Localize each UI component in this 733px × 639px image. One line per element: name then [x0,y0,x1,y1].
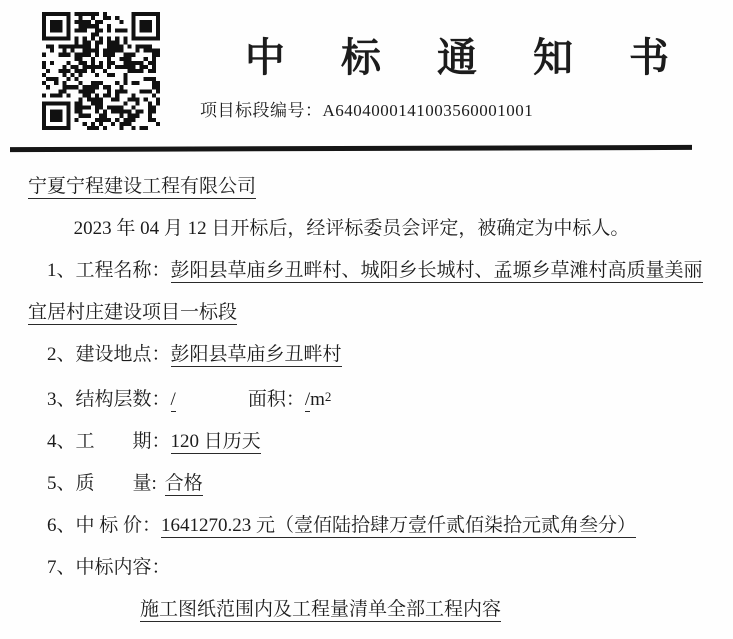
item-structure: 3、结构层数：/面积：/m2 [28,376,703,421]
item-label: 结构层数： [76,389,171,410]
item-label: 中 标 价： [76,515,162,536]
document-header: 中 标 通 知 书 项目标段编号：A6404000141003560001001 [0,0,733,130]
document-page: 中 标 通 知 书 项目标段编号：A6404000141003560001001… [0,0,733,639]
qr-code-icon [40,12,162,130]
unit-m: m [310,389,325,410]
header-divider [10,145,692,152]
item-duration: 4、工 期：120 日历天 [28,421,703,463]
document-title: 中 标 通 知 书 [245,34,693,82]
item-value: 彭阳县草庙乡丑畔村 [171,344,342,367]
item-label-area: 面积： [248,389,305,410]
recipient-company: 宁夏宁程建设工程有限公司 [28,176,256,199]
project-number-line: 项目标段编号：A6404000141003560001001 [200,96,693,121]
item-quality: 5、质 量:合格 [28,463,703,505]
item-project-name: 1、工程名称：彭阳县草庙乡丑畔村、城阳乡长城村、孟塬乡草滩村高质量美丽宜居村庄建… [28,250,703,334]
bid-content-text: 施工图纸范围内及工程量清单全部工程内容 [140,599,501,622]
intro-line: 2023 年 04 月 12 日开标后，经评标委员会评定，被确定为中标人。 [28,208,703,250]
item-value: 合格 [165,473,203,496]
project-number-label: 项目标段编号： [200,101,323,120]
item-label: 建设地点： [76,344,171,365]
bid-content-line: 施工图纸范围内及工程量清单全部工程内容 [28,589,703,631]
item-location: 2、建设地点：彭阳县草庙乡丑畔村 [28,334,703,376]
item-label: 中标内容： [76,557,171,578]
item-label: 工 期： [76,431,171,452]
item-number: 2、 [47,344,76,365]
item-number: 1、 [47,260,76,281]
item-bid-price: 6、中 标 价：1641270.23 元（壹佰陆拾肆万壹仟贰佰柒拾元贰角叁分） [28,505,703,547]
document-body: 宁夏宁程建设工程有限公司 2023 年 04 月 12 日开标后，经评标委员会评… [0,166,733,631]
item-bid-content: 7、中标内容： [28,547,703,589]
item-number: 5、 [47,473,76,494]
item-number: 4、 [47,431,76,452]
recipient-line: 宁夏宁程建设工程有限公司 [28,166,703,208]
item-number: 7、 [47,557,76,578]
item-label: 工程名称： [76,260,171,281]
item-unit: m2 [310,389,331,410]
item-number: 6、 [47,515,76,536]
project-number-value: A6404000141003560001001 [323,101,534,120]
item-value: / [171,389,176,412]
item-number: 3、 [47,389,76,410]
unit-sup: 2 [325,389,332,404]
header-text-block: 中 标 通 知 书 项目标段编号：A6404000141003560001001 [162,10,693,130]
item-value: 1641270.23 元（壹佰陆拾肆万壹仟贰佰柒拾元贰角叁分） [161,515,636,538]
item-label: 质 量: [76,473,157,494]
item-value: 120 日历天 [171,431,261,454]
